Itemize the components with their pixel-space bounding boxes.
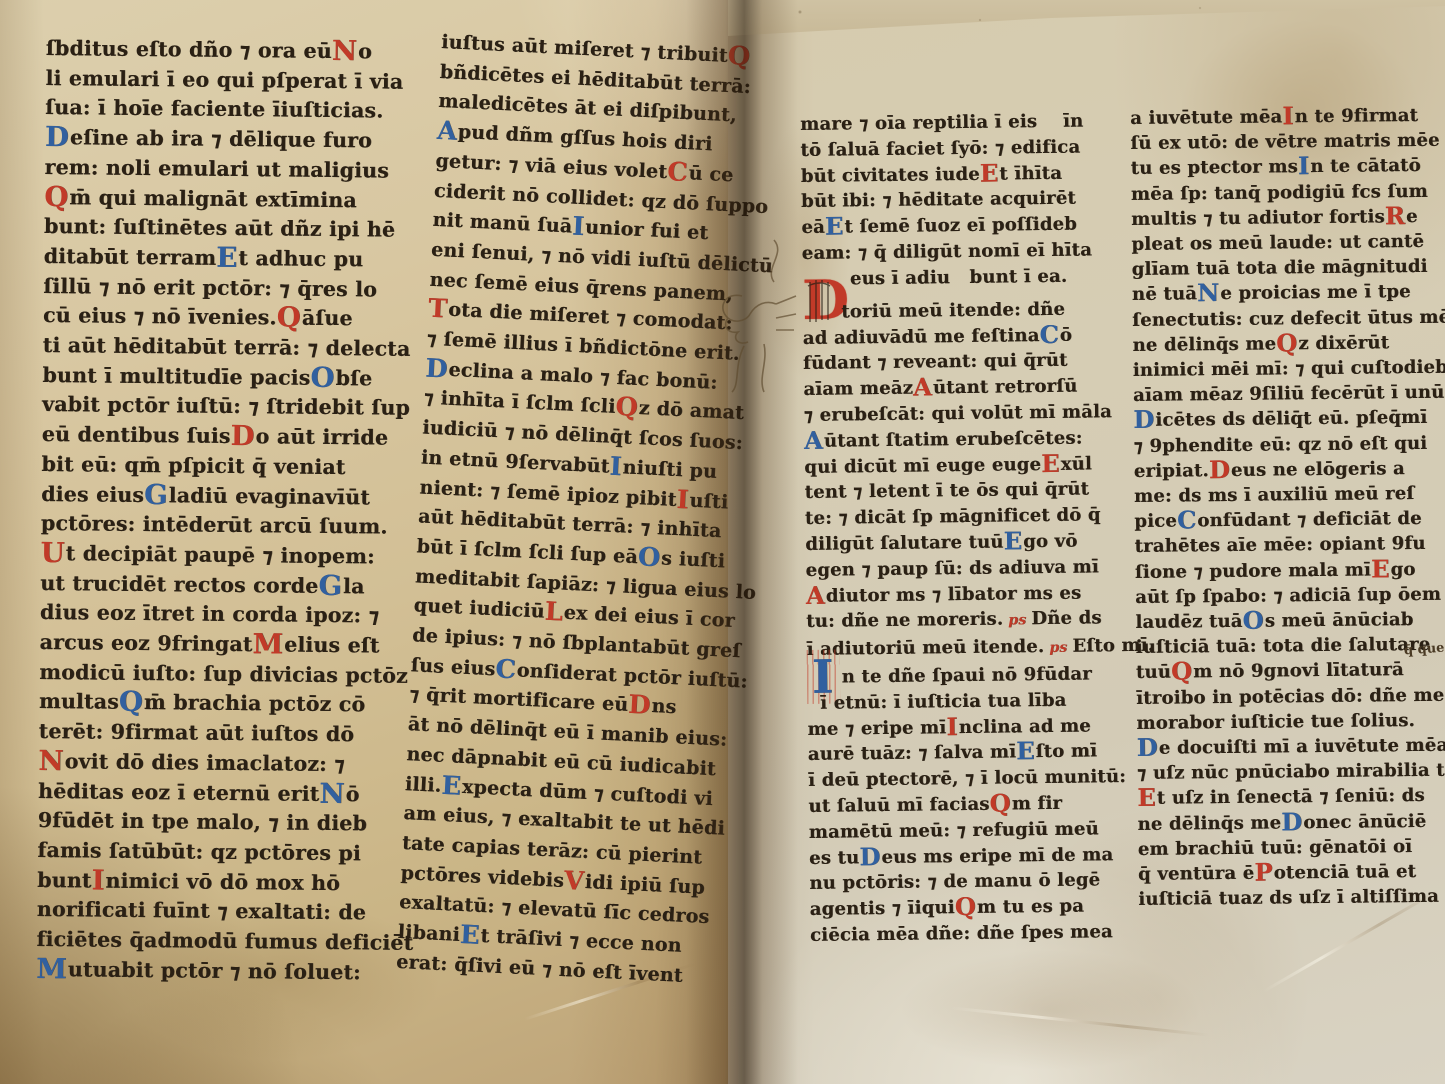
text-run: m̄ brachia pctōz cō xyxy=(144,691,366,717)
text-run: otenciā tuā et xyxy=(1274,861,1417,883)
lombardic-initial-blue: C xyxy=(1177,506,1198,535)
rubric-mark: ps xyxy=(1044,640,1072,656)
text-run: pleat os meū laude: ut cantē xyxy=(1131,231,1424,255)
text-line: ut trucidēt rectos cordeGla xyxy=(40,569,426,603)
lombardic-initial-blue: N xyxy=(1197,278,1221,307)
text-run: bunt ī ea. xyxy=(950,266,1067,288)
lombardic-initial-blue: D xyxy=(45,120,70,153)
text-run: ī deū ptectorē, ⁊ ī locū munitū: xyxy=(808,766,1126,791)
lombardic-initial-red: P xyxy=(1254,858,1274,887)
text-line: agentis ⁊ īiquiQm tu es pa xyxy=(810,893,1122,923)
text-run: m̄ qui malignāt extīmina xyxy=(69,185,357,212)
text-line: ī deū ptectorē, ⁊ ī locū munitū: xyxy=(808,764,1120,794)
text-run: onec ānūciē xyxy=(1303,811,1426,833)
text-run: ī adiutoriū meū itende. xyxy=(806,636,1044,660)
text-line: cū eius ⁊ nō īvenies.Qāſue xyxy=(43,301,429,335)
text-run: ſenectutis: cuz defecit ūtus mēa xyxy=(1132,306,1445,330)
text-line: multasQm̄ brachia pctōz cō xyxy=(39,687,425,721)
text-run: qui dicūt mī euge euge xyxy=(804,454,1041,478)
lombardic-initial-red: E xyxy=(1041,448,1061,477)
text-run: ladiū evaginavīūt xyxy=(169,483,371,509)
text-line: 9fūdēt in tpe malo, ⁊ in dieb xyxy=(38,806,424,840)
text-run: nclina ad me xyxy=(959,715,1091,738)
text-run: ō xyxy=(346,782,360,806)
text-run: s meū ānūciab xyxy=(1265,609,1414,632)
lombardic-initial-blue: A xyxy=(804,425,824,454)
lombardic-initial-blue: A xyxy=(436,116,458,147)
lombardic-initial-red: E xyxy=(1137,783,1157,812)
lombardic-initial-blue: E xyxy=(216,241,238,274)
text-line: hēditas eoz ī eternū eritNō xyxy=(38,777,424,811)
text-line: būt ibi: ⁊ hēditate acquirēt xyxy=(801,186,1113,216)
text-run: mare ⁊ oīa reptilia ī eis īn xyxy=(800,111,1083,135)
text-line: Adiutor ms ⁊ lībator ms es xyxy=(806,580,1118,610)
text-run: ītroibo in potēcias dō: dñe me xyxy=(1136,684,1444,708)
text-run: inimici mēi mī: ⁊ qui cuſtodiebāt xyxy=(1133,357,1445,382)
text-line: ī etnū: ī iuſticia tua lība xyxy=(807,687,1119,717)
lombardic-initial-blue: M xyxy=(36,952,68,985)
text-run: ditabūt terram xyxy=(44,244,217,270)
text-run: agentis ⁊ īiqui xyxy=(810,897,955,920)
text-run: t īhīta xyxy=(999,162,1062,184)
text-line: pctōres: intēderūt arcū ſuum. xyxy=(41,509,427,543)
text-run: ſillū ⁊ nō erit pctōr: ⁊ q̄res lo xyxy=(43,274,377,301)
text-run: eus ms eripe mī de ma xyxy=(881,844,1113,868)
text-run: ut trucidēt rectos corde xyxy=(40,571,318,598)
text-run: a iuvētute mēa xyxy=(1130,106,1282,129)
lombardic-initial-blue: E xyxy=(1003,526,1023,555)
text-line: ut ſaluū mī faciasQm fir xyxy=(808,790,1120,820)
text-run: m nō 9gnovi lītaturā xyxy=(1193,660,1404,683)
text-line: buntInimici vō dō mox hō xyxy=(37,866,423,900)
lombardic-initial-blue: D xyxy=(1133,405,1155,434)
text-line: būt civitates iudeEt īhīta xyxy=(801,160,1113,190)
text-line: ⁊ 9phendite eū: qz nō eſt qui xyxy=(1133,430,1445,458)
text-run: pctōres videbis xyxy=(400,862,564,892)
text-run: nit manū ſuā xyxy=(432,209,573,238)
text-line: q̄ ventūra ēPotenciā tuā et xyxy=(1138,859,1445,887)
text-run: go xyxy=(1390,559,1415,580)
text-line: ſū ex utō: de vētre matris mēe xyxy=(1130,128,1442,156)
text-run: pctōres: intēderūt arcū ſuum. xyxy=(41,511,388,539)
text-line: te: ⁊ dicāt ſp māgnificet dō q̄ xyxy=(805,502,1117,532)
text-run: nu pctōris: ⁊ de manu ō legē xyxy=(809,870,1100,895)
text-run: 9fūdēt in tpe malo, ⁊ in dieb xyxy=(38,808,368,835)
text-run: nimici vō dō mox hō xyxy=(105,868,340,894)
text-line: egen ⁊ paup ſū: ds adiuva mī xyxy=(805,554,1117,584)
text-run: terēt: 9firmat aūt iuſtos dō xyxy=(39,719,355,746)
lombardic-initial-red: T xyxy=(428,294,450,325)
lombardic-initial-blue: C xyxy=(1039,319,1060,348)
text-line: piceConfūdant ⁊ deficiāt de xyxy=(1134,506,1445,534)
text-run: aūt ſp ſpabo: ⁊ adiciā ſup ōem xyxy=(1135,584,1441,608)
text-line: inimici mēi mī: ⁊ qui cuſtodiebāt xyxy=(1133,355,1445,383)
lombardic-initial-red: Q xyxy=(1276,328,1298,357)
lombardic-initial-blue: D xyxy=(859,842,881,871)
text-run: t uſz in ſenectā ⁊ ſeniū: ds xyxy=(1157,785,1425,809)
marginal-grotesque-drawing xyxy=(704,234,854,394)
lombardic-initial-red: V xyxy=(563,866,585,897)
text-run: t trāſivi ⁊ ecce non xyxy=(480,925,682,957)
text-run: ⁊ inhīta ī ſclm ſcli xyxy=(423,387,616,418)
text-run: ſus eius xyxy=(410,654,496,680)
lombardic-initial-blue: D xyxy=(425,353,450,384)
text-run: morabor iuſticie tue ſolius. xyxy=(1136,710,1415,734)
text-run: ⁊ uſz nūc pnūciabo mirabilia tū xyxy=(1137,760,1445,784)
text-run: dies eius xyxy=(41,482,144,507)
text-line: nē tuāNe proicias me ī tpe xyxy=(1132,279,1444,307)
text-run: o aūt irride xyxy=(255,424,388,449)
text-line: ditabūt terramEt adhuc pu xyxy=(44,242,430,276)
text-run: mēa ſp: tanq̄ podigiū fcs ſum xyxy=(1131,180,1428,204)
text-run: multas xyxy=(39,689,119,714)
text-run: famis ſatūbūt: qz pctōres pi xyxy=(37,838,361,865)
text-line: ī adiutoriū meū itende.psEſto mī. xyxy=(806,633,1118,665)
text-line: ciēcia mēa dñe: dñe ſpes mea xyxy=(810,919,1122,949)
text-line: dies eiusGladiū evaginavīūt xyxy=(41,480,427,514)
lombardic-initial-blue: E xyxy=(441,770,463,801)
text-run: utuabit pctōr ⁊ nō ſoluet: xyxy=(68,957,361,984)
text-line: Qm̄ qui malignāt extīmina xyxy=(44,183,430,217)
text-run: egen ⁊ paup ſū: ds adiuva mī xyxy=(805,556,1099,581)
lombardic-initial-red: D xyxy=(230,419,255,452)
text-run: ſū ex utō: de vētre matris mēe xyxy=(1130,130,1439,154)
text-line: trahētes aīe mēe: opiant 9fu xyxy=(1134,531,1445,559)
text-line: Mutuabit pctōr ⁊ nō ſoluet: xyxy=(36,955,422,989)
text-run: z dixērūt xyxy=(1298,332,1389,354)
text-line: tu: dñe ne moreris.psDñe ds xyxy=(806,605,1118,637)
lombardic-initial-blue: O xyxy=(1242,606,1264,635)
text-run: tu: dñe ne moreris. xyxy=(806,609,1003,632)
text-run: ūtant ſtatim erubeſcētes: xyxy=(824,427,1083,451)
text-line: em brachiū tuū: gēnatōi oī xyxy=(1138,834,1445,862)
lombardic-initial-blue: I xyxy=(1298,152,1311,181)
text-run: būt civitates iude xyxy=(801,163,980,186)
text-line: terēt: 9firmat aūt iuſtos dō xyxy=(39,717,425,751)
lombardic-initial-blue: G xyxy=(318,569,343,602)
text-run: e docuiſti mī a iuvētute mēa: xyxy=(1159,735,1445,759)
lombardic-initial-red: Q xyxy=(615,392,640,423)
text-line: ītroibo in potēcias dō: dñe me xyxy=(1136,682,1445,710)
text-line: aūt ſp ſpabo: ⁊ adiciā ſup ōem xyxy=(1135,582,1445,610)
text-run: arcus eoz 9fringat xyxy=(40,630,253,656)
text-run: būt ibi: ⁊ hēditate acquirēt xyxy=(801,188,1076,212)
lombardic-initial-red: D xyxy=(628,690,653,721)
text-run: eus ī adiu xyxy=(850,267,950,289)
lombardic-initial-red: Q xyxy=(44,180,69,213)
text-run: illi. xyxy=(405,773,443,797)
text-line: me ⁊ eripe mīInclina ad me xyxy=(807,713,1119,743)
text-line: mare ⁊ oīa reptilia ī eis īn xyxy=(800,108,1112,138)
text-run: n te 9firmat xyxy=(1295,105,1419,127)
text-run: glīam tuā tota die māgnitudi xyxy=(1132,256,1428,280)
text-line: multis ⁊ tu adiutor fortisRe xyxy=(1131,204,1443,232)
text-run: t adhuc pu xyxy=(238,246,363,271)
text-line: tō ſaluā faciet ſyō: ⁊ edifica xyxy=(800,134,1112,164)
text-run: o xyxy=(358,39,372,63)
text-run: q̄ ventūra ē xyxy=(1138,863,1255,885)
text-line: Ut decipiāt paupē ⁊ inopem: xyxy=(40,539,426,573)
text-line: eripiat.Deus ne elōgeris a xyxy=(1134,456,1445,484)
text-run: hēditas eoz ī eternū erit xyxy=(38,779,320,806)
text-run: ſione ⁊ pudore mala mī xyxy=(1135,559,1371,582)
text-run: xūl xyxy=(1061,453,1093,474)
manuscript-photo: ſbditus eſto dño ⁊ ora eūNoli emulari ī … xyxy=(0,0,1445,1084)
text-run: icētes ds dēliq̄t eū. pſeq̄mī xyxy=(1155,407,1427,431)
text-line: ⁊ erubeſcāt: qui volūt mī māla xyxy=(804,399,1116,429)
lombardic-initial-blue: Q xyxy=(119,685,144,718)
text-run: iuſticiā tuā: tota die ſalutare xyxy=(1136,634,1431,658)
text-run: multis ⁊ tu adiutor fortis xyxy=(1131,206,1385,230)
text-line: ne dēlinq̄s meDonec ānūciē xyxy=(1137,808,1445,836)
text-run: dius eoz ītret in corda ipoz: ⁊ xyxy=(40,600,380,628)
text-run: la xyxy=(343,574,365,598)
text-line: laudēz tuāOs meū ānūciab xyxy=(1135,607,1445,635)
lombardic-initial-blue: O xyxy=(637,542,662,573)
text-line: norificati fuīnt ⁊ exaltati: de xyxy=(37,895,423,929)
text-run: modicū iuſto: ſup divicias pctōz xyxy=(39,660,408,688)
lombardic-initial-red: N xyxy=(332,34,359,67)
lombardic-initial-blue: D xyxy=(1137,733,1159,762)
text-run: ⁊ erubeſcāt: qui volūt mī māla xyxy=(804,401,1112,426)
text-run: onfūdant ⁊ deficiāt de xyxy=(1197,508,1422,531)
text-run: go vō xyxy=(1023,531,1078,553)
text-run: em brachiū tuū: gēnatōi oī xyxy=(1138,836,1413,860)
text-run: ūtant retrorſū xyxy=(933,376,1078,399)
lombardic-initial-red: I xyxy=(1282,101,1295,130)
text-run: t ſemē ſuoz eī poſſideb xyxy=(844,214,1077,238)
text-line: Novit dō dies imaclatoz: ⁊ xyxy=(38,747,424,781)
text-run: tō ſaluā faciet ſyō: ⁊ edifica xyxy=(800,136,1080,160)
text-run: me ⁊ eripe mī xyxy=(807,717,946,740)
text-line: rem: noli emulari ut maligius xyxy=(44,153,430,187)
lombardic-initial-red: L xyxy=(544,597,564,628)
text-line: ſbditus eſto dño ⁊ ora eūNo xyxy=(46,34,432,68)
text-run: tu es ptector ms xyxy=(1131,157,1299,180)
text-run: t decipiāt paupē ⁊ inopem: xyxy=(66,541,375,568)
text-run: ciēcia mēa dñe: dñe ſpes mea xyxy=(810,921,1113,946)
text-run: laudēz tuā xyxy=(1135,611,1242,633)
text-line: tuūQm nō 9gnovi lītaturā xyxy=(1136,657,1445,685)
lombardic-initial-red: N xyxy=(38,744,65,777)
lombardic-initial-red: D xyxy=(1209,455,1231,484)
text-column-right-outer: a iuvētute mēaIn te 9firmatſū ex utō: de… xyxy=(1130,103,1445,913)
text-line: tu es ptector msIn te cātatō xyxy=(1131,153,1443,181)
text-run: in etnū 9ſervabūt xyxy=(420,446,610,477)
text-run: ī etnū: ī iuſticia tua lība xyxy=(807,690,1066,714)
text-run: bunt: ſuſtinētes aūt dñz ipi hē xyxy=(44,214,395,242)
text-line: In te dñe ſpaui nō 9fūdar xyxy=(807,661,1119,691)
text-run: diligūt ſalutare tuū xyxy=(805,531,1004,554)
text-run: nē tuā xyxy=(1132,284,1197,306)
lombardic-initial-red: M xyxy=(252,627,284,660)
lombardic-initial-blue: O xyxy=(310,361,335,394)
text-run: ne dēlinq̄s me xyxy=(1137,812,1281,835)
text-run: bunt ī multitudīe pacis xyxy=(42,363,310,390)
text-line: ⁊ uſz nūc pnūciabo mirabilia tū xyxy=(1137,758,1445,786)
text-line: Dicētes ds dēliq̄t eū. pſeq̄mī xyxy=(1133,405,1445,433)
text-run: ti aūt hēditabūt terrā: ⁊ delecta xyxy=(43,333,411,361)
text-run: ſua: ī hoīe faciente īiuſticias. xyxy=(45,95,384,123)
text-run: bunt xyxy=(37,868,92,893)
text-run: n te dñe ſpaui nō 9fūdar xyxy=(841,663,1091,687)
text-line: ſillū ⁊ nō erit pctōr: ⁊ q̄res lo xyxy=(43,272,429,306)
text-line: glīam tuā tota die māgnitudi xyxy=(1132,254,1444,282)
lombardic-initial-red: A xyxy=(806,580,826,609)
text-run: e proicias me ī tpe xyxy=(1220,281,1411,304)
text-line: bunt ī multitudīe pacisObſe xyxy=(42,361,428,395)
text-line: ne dēlinq̄s meQz dixērūt xyxy=(1132,330,1444,358)
text-run: tuū xyxy=(1136,662,1171,683)
text-run: Dñe ds xyxy=(1031,608,1102,630)
text-run: elius eſt xyxy=(284,633,380,658)
text-run: libani xyxy=(397,921,460,946)
text-line: morabor iuſticie tue ſolius. xyxy=(1136,708,1445,736)
text-line: modicū iuſto: ſup divicias pctōz xyxy=(39,658,425,692)
text-run: eus ne elōgeris a xyxy=(1231,458,1405,481)
text-run: cū eius ⁊ nō īvenies. xyxy=(43,303,277,329)
text-run: rem: noli emulari ut maligius xyxy=(44,155,389,183)
text-run: n te cātatō xyxy=(1310,155,1421,177)
lombardic-initial-blue: G xyxy=(144,478,169,511)
text-run: li emulari ī eo qui pſperat ī via xyxy=(45,66,403,94)
text-run: e xyxy=(1406,206,1418,227)
text-run: ſbditus eſto dño ⁊ ora eū xyxy=(46,36,332,63)
text-run: m tu es pa xyxy=(977,896,1084,918)
text-column-left-outer: ſbditus eſto dño ⁊ ora eūNoli emulari ī … xyxy=(36,34,432,988)
lombardic-initial-blue: E xyxy=(1016,736,1036,765)
lombardic-initial-red: R xyxy=(1385,201,1407,230)
text-line: li emulari ī eo qui pſperat ī via xyxy=(45,64,431,98)
text-line: bit eū: qm̄ pſpicit q̄ veniat xyxy=(41,450,427,484)
text-run: es tu xyxy=(809,847,860,869)
lombardic-initial-red: Q xyxy=(989,788,1012,817)
text-line: pleat os meū laude: ut cantē xyxy=(1131,229,1443,257)
text-line: qui dicūt mī euge eugeExūl xyxy=(804,451,1116,481)
text-run: ovit dō dies imaclatoz: ⁊ xyxy=(65,749,346,776)
lombardic-initial-red: Q xyxy=(1171,657,1193,686)
text-line: aurē tuāz: ⁊ ſalva mīEſto mī xyxy=(808,738,1120,768)
text-line: tent ⁊ letent ī te ōs qui q̄rūt xyxy=(805,477,1117,507)
text-line: De docuiſti mī a iuvētute mēa: xyxy=(1137,733,1445,761)
text-run: āſue xyxy=(302,306,353,331)
lombardic-initial-blue: N xyxy=(319,776,346,809)
text-run: ficiētes q̄admodū fumus deficiēt xyxy=(36,927,413,955)
text-line: diligūt ſalutare tuūEgo vō xyxy=(805,528,1117,558)
lombardic-initial-red: I xyxy=(946,712,959,741)
text-line: dius eoz ītret in corda ipoz: ⁊ xyxy=(40,598,426,632)
lombardic-initial-red: I xyxy=(91,863,105,896)
text-run: ō xyxy=(1060,324,1072,345)
text-run: tent ⁊ letent ī te ōs qui q̄rūt xyxy=(805,479,1090,503)
text-line: ti aūt hēditabūt terrā: ⁊ delecta xyxy=(43,331,429,365)
margin-gloss-note: q̄ que xyxy=(1404,641,1445,659)
text-line: iuſticiā tuaz ds uſz ī altiſſima xyxy=(1138,884,1445,912)
lombardic-initial-red: U xyxy=(40,536,65,569)
text-run: eſine ab ira ⁊ dēlique furo xyxy=(70,125,372,152)
text-run: norificati fuīnt ⁊ exaltati: de xyxy=(37,897,366,924)
text-run: ſto mī xyxy=(1036,741,1098,763)
rubric-mark: ps xyxy=(1003,613,1031,629)
text-line: ſione ⁊ pudore mala mīEgo xyxy=(1135,556,1445,584)
text-run: ⁊ 9phendite eū: qz nō eſt qui xyxy=(1133,433,1427,457)
lombardic-initial-red: Q xyxy=(955,892,978,921)
text-run: aīam mēaz 9ſiliū fecērūt ī unū. xyxy=(1133,382,1445,406)
text-run: vabit pctōr iuſtū: ⁊ ſtridebit ſup xyxy=(42,392,410,420)
text-run: aurē tuāz: ⁊ ſalva mī xyxy=(808,742,1017,766)
text-run: diutor ms ⁊ lībator ms es xyxy=(826,582,1082,606)
text-run: ut ſaluū mī facias xyxy=(808,794,989,817)
text-run: ne dēlinq̄s me xyxy=(1132,333,1276,356)
text-run: quet iudiciū xyxy=(413,595,545,623)
text-line: mamētū meū: ⁊ refugiū meū xyxy=(809,816,1121,846)
text-run: m fir xyxy=(1012,793,1063,815)
text-line: es tuDeus ms eripe mī de ma xyxy=(809,842,1121,872)
text-run: ns xyxy=(651,696,677,719)
text-line: aīam mēaz 9ſiliū fecērūt ī unū. xyxy=(1133,380,1445,408)
text-line: arcus eoz 9fringatMelius eſt xyxy=(39,628,425,662)
text-line: ſua: ī hoīe faciente īiuſticias. xyxy=(45,93,431,127)
text-run: eū dentibus ſuis xyxy=(42,422,231,448)
text-run: bſe xyxy=(335,366,372,390)
text-run: mamētū meū: ⁊ refugiū meū xyxy=(809,818,1099,843)
lombardic-initial-blue: D xyxy=(1281,807,1303,836)
text-run: me: ds ms ī auxiliū meū reſ xyxy=(1134,483,1414,507)
text-run: pice xyxy=(1134,511,1177,532)
text-run: bit eū: qm̄ pſpicit q̄ veniat xyxy=(41,452,345,479)
text-run: iuſticiā tuaz ds uſz ī altiſſima xyxy=(1138,886,1439,910)
text-line: eū dentibus ſuisDo aūt irride xyxy=(42,420,428,454)
lombardic-initial-blue: C xyxy=(495,654,518,685)
text-line: a iuvētute mēaIn te 9firmat xyxy=(1130,103,1442,131)
lombardic-initial-red: A xyxy=(913,373,933,402)
text-line: ficiētes q̄admodū fumus deficiēt xyxy=(36,925,422,959)
lombardic-initial-red: E xyxy=(980,158,1000,187)
text-run: te: ⁊ dicāt ſp māgnificet dō q̄ xyxy=(805,505,1101,530)
lombardic-initial-red: E xyxy=(1371,554,1391,583)
book-gutter-shadow xyxy=(686,0,798,1084)
lombardic-initial-red: Q xyxy=(277,301,302,334)
text-line: Aūtant ſtatim erubeſcētes: xyxy=(804,425,1116,455)
text-run: eripiat. xyxy=(1134,460,1209,482)
lombardic-initial-blue: E xyxy=(459,920,481,951)
text-line: Deſine ab ira ⁊ dēlique furo xyxy=(45,123,431,157)
